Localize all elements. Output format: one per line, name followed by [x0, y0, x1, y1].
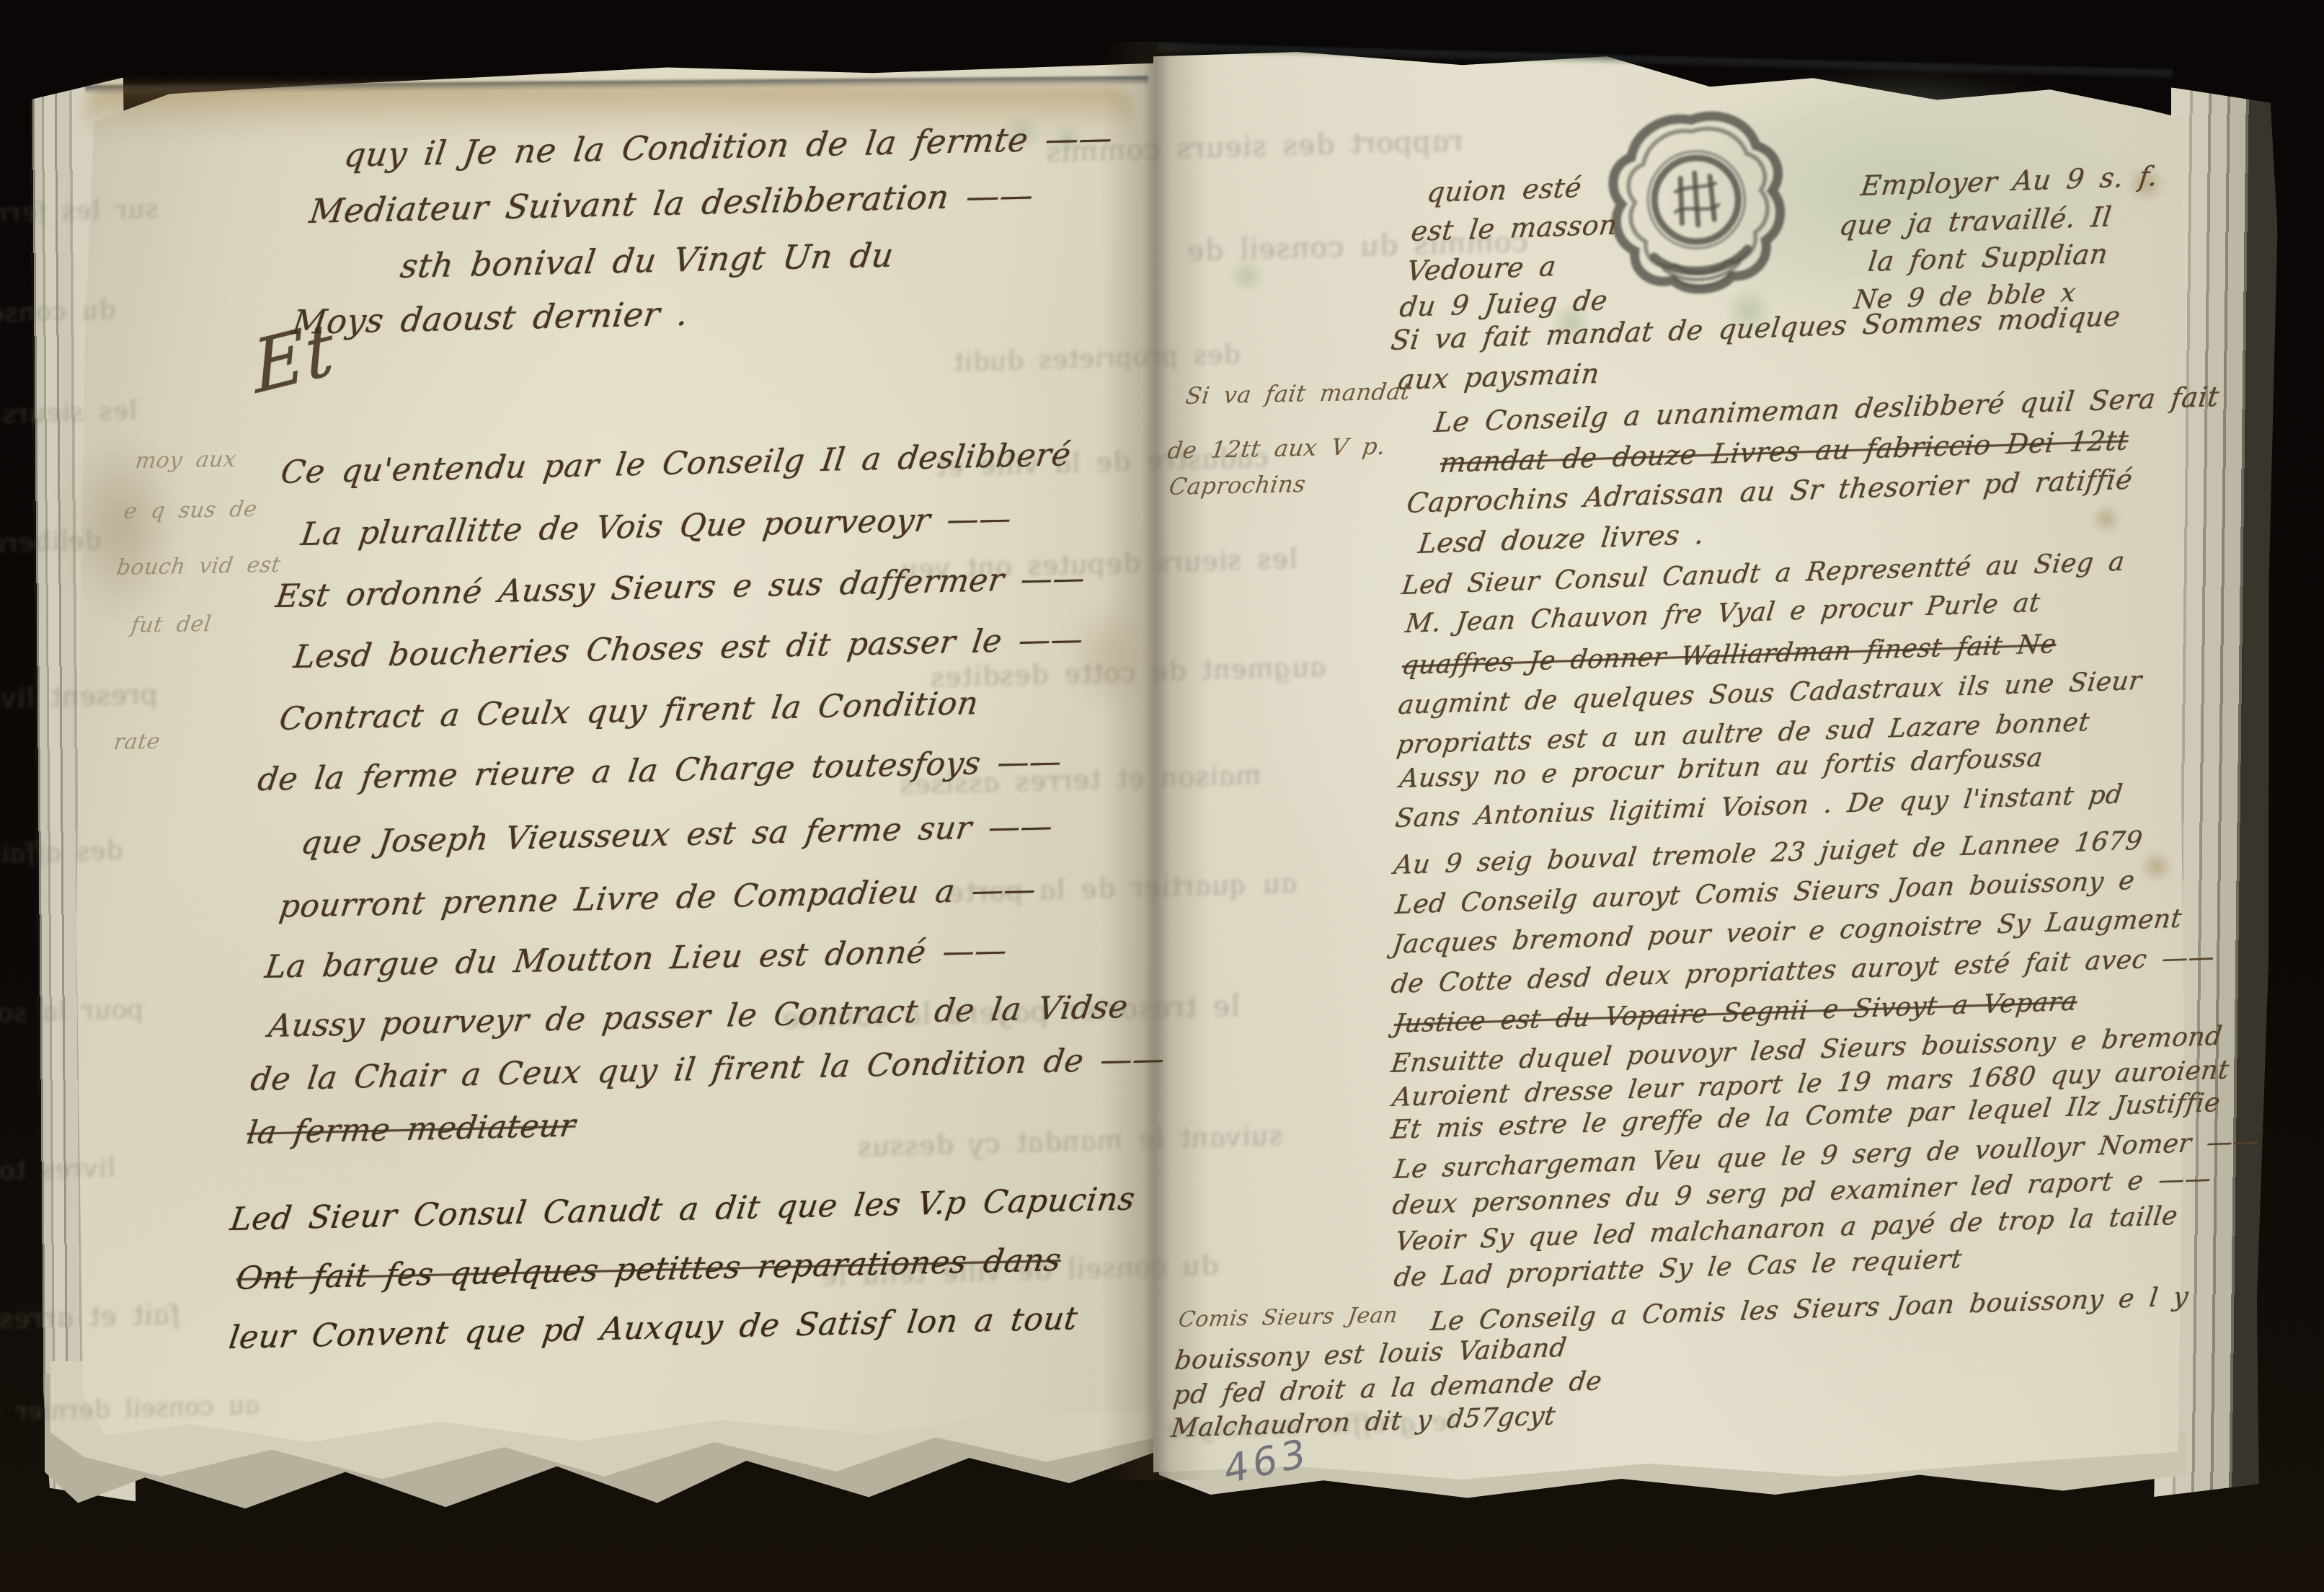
left-page — [72, 58, 1153, 1449]
open-manuscript-book-photo: sur les fermes de la villedu conseil ten… — [0, 0, 2324, 1592]
notarial-ink-stamp — [1592, 99, 1801, 315]
